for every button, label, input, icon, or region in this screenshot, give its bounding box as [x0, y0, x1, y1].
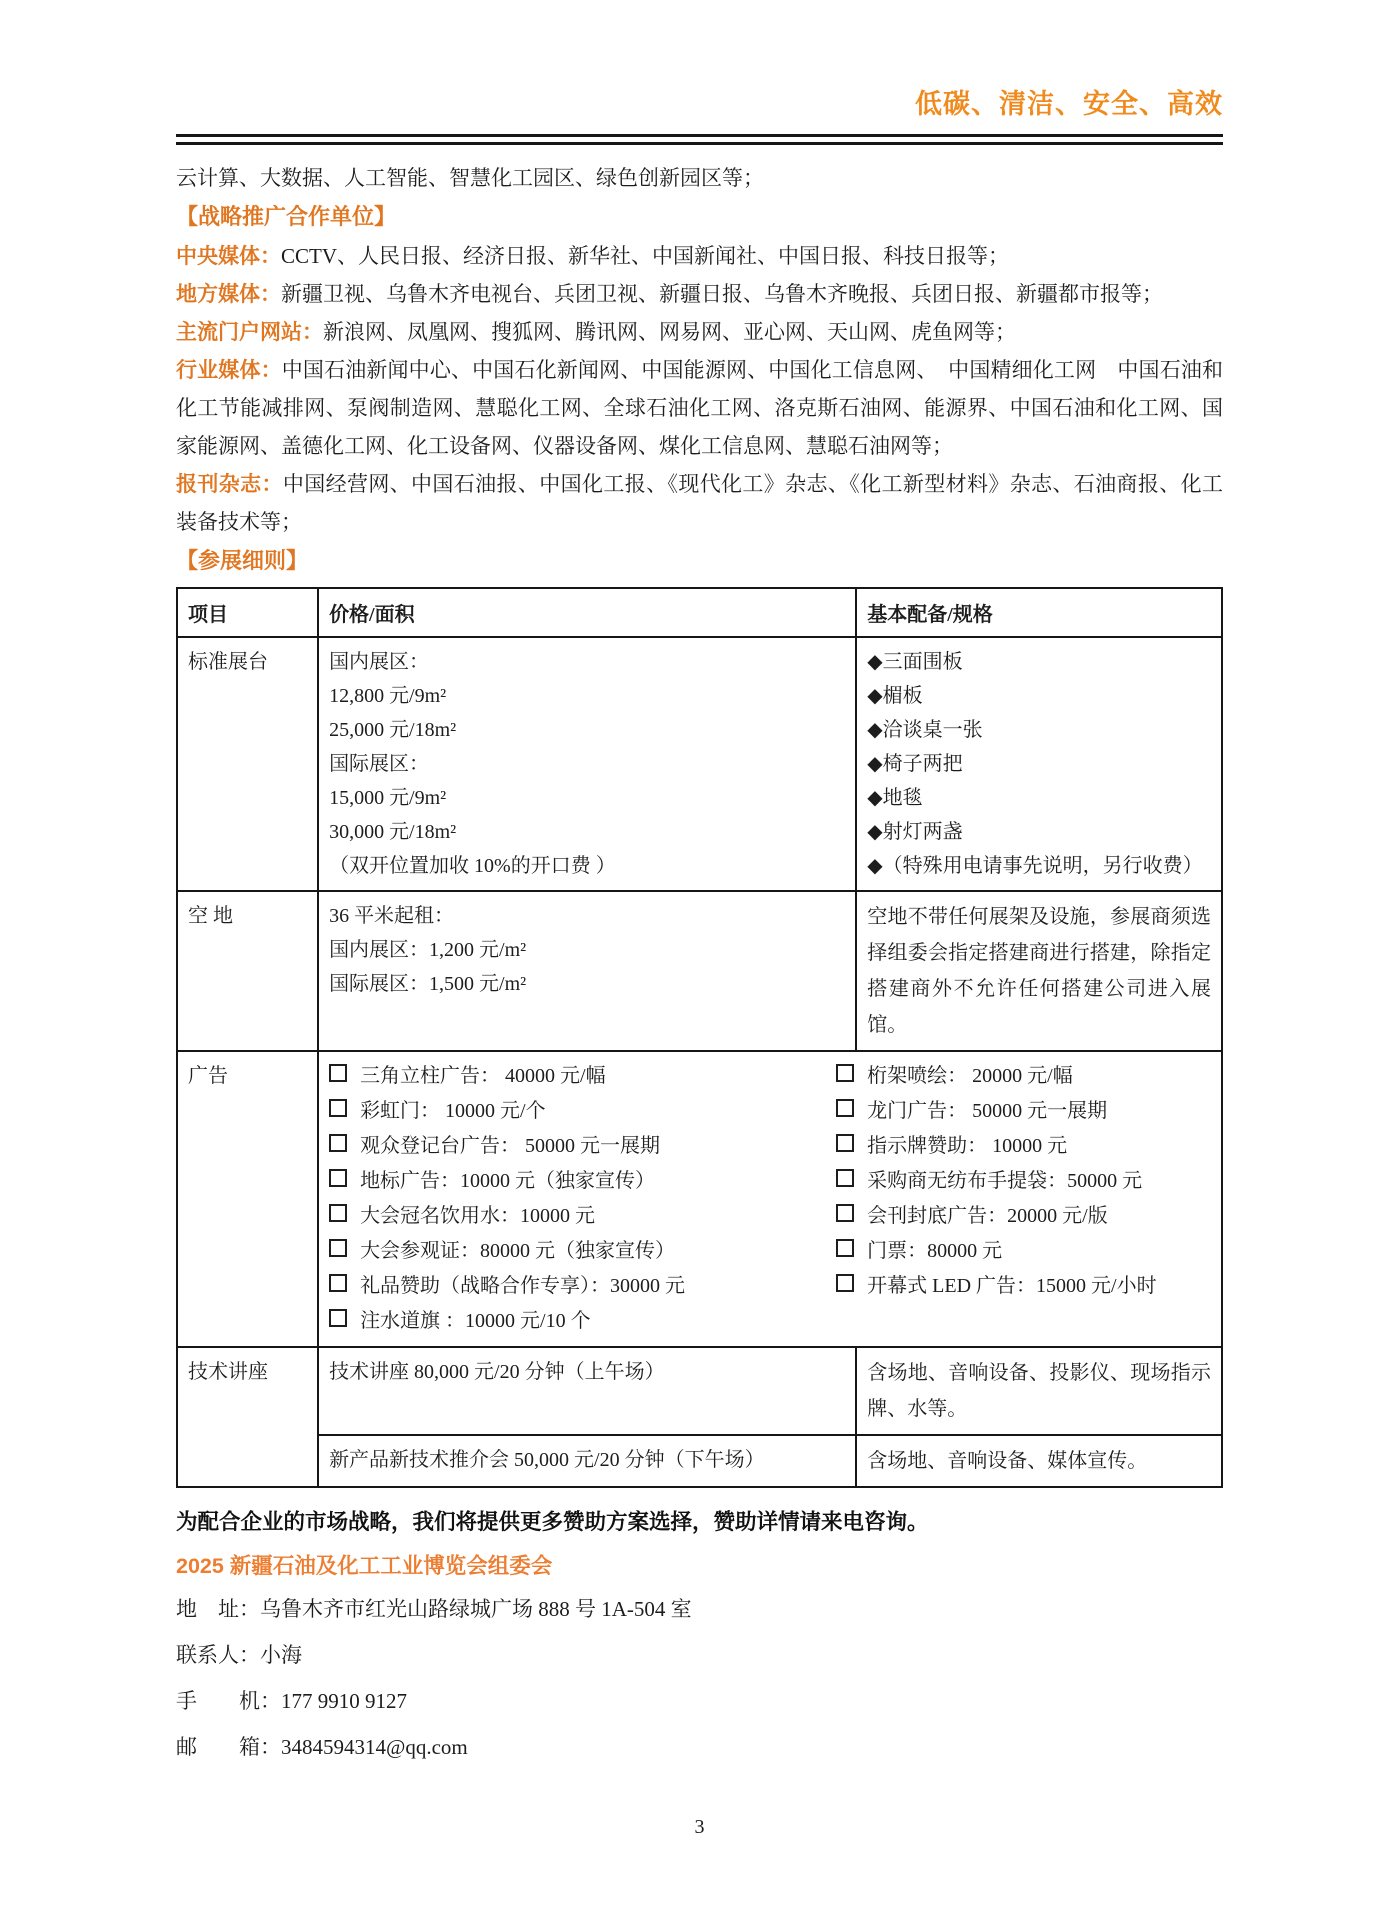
contact-value: 小海	[260, 1643, 302, 1667]
space-price-cell: 36 平米起租：国内展区：1,200 元/m²国际展区：1,500 元/m²	[318, 891, 856, 1051]
booth-price-cell: 国内展区：12,800 元/9m²25,000 元/18m²国际展区：15,00…	[318, 637, 856, 891]
price-line: 30,000 元/18m²	[329, 815, 845, 849]
contact-address: 地 址：乌鲁木齐市红光山路绿城广场 888 号 1A-504 室	[176, 1586, 1223, 1632]
sponsor-note: 为配合企业的市场战略，我们将提供更多赞助方案选择，赞助详情请来电咨询。	[176, 1502, 1223, 1542]
space-spec-cell: 空地不带任何展架及设施，参展商须选择组委会指定搭建商进行搭建，除指定搭建商外不允…	[856, 891, 1222, 1051]
contact-email: 邮 箱：3484594314@qq.com	[176, 1724, 1223, 1770]
contact-label: 手 机：	[176, 1689, 281, 1713]
checkbox-icon	[329, 1239, 347, 1257]
ad-option: 开幕式 LED 广告：15000 元/小时	[836, 1269, 1211, 1304]
contact-mobile: 手 机：177 9910 9127	[176, 1678, 1223, 1724]
ad-option: 观众登记台广告： 50000 元一展期	[329, 1129, 836, 1164]
ad-option: 三角立柱广告： 40000 元/幅	[329, 1059, 836, 1094]
ads-two-column-list: 三角立柱广告： 40000 元/幅彩虹门： 10000 元/个观众登记台广告： …	[329, 1059, 1211, 1339]
ad-option-text: 彩虹门： 10000 元/个	[360, 1100, 546, 1122]
checkbox-icon	[329, 1099, 347, 1117]
contact-value: 乌鲁木齐市红光山路绿城广场 888 号 1A-504 室	[260, 1597, 692, 1621]
media-text: 中国经营网、中国石油报、中国化工报、《现代化工》杂志、《化工新型材料》杂志、石油…	[176, 472, 1223, 534]
section-title-exhibit-rules: 【参展细则】	[176, 541, 1223, 581]
ad-option-text: 指示牌赞助： 10000 元	[867, 1135, 1067, 1157]
spec-line: ◆地毯	[867, 781, 1211, 815]
body-text-block: 云计算、大数据、人工智能、智慧化工园区、绿色创新园区等； 【战略推广合作单位】 …	[176, 159, 1223, 581]
ad-option-text: 门票：80000 元	[867, 1240, 1002, 1262]
media-text: 新疆卫视、乌鲁木齐电视台、兵团卫视、新疆日报、乌鲁木齐晚报、兵团日报、新疆都市报…	[281, 282, 1163, 306]
page-number: 3	[176, 1816, 1223, 1839]
checkbox-icon	[329, 1204, 347, 1222]
media-line-central: 中央媒体：CCTV、人民日报、经济日报、新华社、中国新闻社、中国日报、科技日报等…	[176, 237, 1223, 275]
spec-line: ◆三面围板	[867, 645, 1211, 679]
contact-value: 3484594314@qq.com	[281, 1735, 468, 1759]
ad-option-text: 地标广告：10000 元（独家宣传）	[360, 1170, 655, 1192]
spec-text: 含场地、音响设备、投影仪、现场指示牌、水等。	[867, 1355, 1211, 1427]
ad-option-text: 观众登记台广告： 50000 元一展期	[360, 1135, 660, 1157]
price-line: 12,800 元/9m²	[329, 679, 845, 713]
table-row-lecture-morning: 技术讲座 技术讲座 80,000 元/20 分钟（上午场） 含场地、音响设备、投…	[177, 1347, 1222, 1435]
ad-option: 会刊封底广告：20000 元/版	[836, 1199, 1211, 1234]
checkbox-icon	[329, 1169, 347, 1187]
contact-label: 邮 箱：	[176, 1735, 281, 1759]
lecture-morning-spec: 含场地、音响设备、投影仪、现场指示牌、水等。	[856, 1347, 1222, 1435]
lecture-afternoon-spec: 含场地、音响设备、媒体宣传。	[856, 1435, 1222, 1487]
document-page: 低碳、清洁、安全、高效 云计算、大数据、人工智能、智慧化工园区、绿色创新园区等；…	[0, 0, 1386, 1920]
contact-label: 联系人：	[176, 1643, 260, 1667]
lecture-morning-price: 技术讲座 80,000 元/20 分钟（上午场）	[318, 1347, 856, 1435]
checkbox-icon	[836, 1064, 854, 1082]
media-line-portals: 主流门户网站：新浪网、凤凰网、搜狐网、腾讯网、网易网、亚心网、天山网、虎鱼网等；	[176, 313, 1223, 351]
ad-option-text: 大会参观证：80000 元（独家宣传）	[360, 1240, 675, 1262]
checkbox-icon	[836, 1099, 854, 1117]
ad-option: 龙门广告： 50000 元一展期	[836, 1094, 1211, 1129]
ads-cell: 三角立柱广告： 40000 元/幅彩虹门： 10000 元/个观众登记台广告： …	[318, 1051, 1222, 1347]
ad-option: 地标广告：10000 元（独家宣传）	[329, 1164, 836, 1199]
price-line: 国内展区：	[329, 645, 845, 679]
spec-line: ◆射灯两盏	[867, 815, 1211, 849]
spec-line: ◆洽谈桌一张	[867, 713, 1211, 747]
organizing-committee: 2025 新疆石油及化工工业博览会组委会	[176, 1546, 1223, 1586]
media-label: 报刊杂志：	[176, 472, 283, 496]
checkbox-icon	[329, 1274, 347, 1292]
ad-option: 指示牌赞助： 10000 元	[836, 1129, 1211, 1164]
price-line: （双开位置加收 10%的开口费 ）	[329, 849, 845, 883]
ad-option: 采购商无纺布手提袋：50000 元	[836, 1164, 1211, 1199]
ad-option: 大会参观证：80000 元（独家宣传）	[329, 1234, 836, 1269]
ad-option: 彩虹门： 10000 元/个	[329, 1094, 836, 1129]
ad-option-text: 礼品赞助（战略合作专享）：30000 元	[360, 1275, 685, 1297]
space-spec-text: 空地不带任何展架及设施，参展商须选择组委会指定搭建商进行搭建，除指定搭建商外不允…	[867, 899, 1211, 1043]
contact-person: 联系人：小海	[176, 1632, 1223, 1678]
table-row-ads: 广告 三角立柱广告： 40000 元/幅彩虹门： 10000 元/个观众登记台广…	[177, 1051, 1222, 1347]
ad-option-text: 开幕式 LED 广告：15000 元/小时	[867, 1275, 1156, 1297]
contact-value: 177 9910 9127	[281, 1689, 407, 1713]
page-header-slogan: 低碳、清洁、安全、高效	[176, 88, 1223, 120]
price-line: 技术讲座 80,000 元/20 分钟（上午场）	[329, 1355, 845, 1389]
price-line: 36 平米起租：	[329, 899, 845, 933]
ad-option: 桁架喷绘： 20000 元/幅	[836, 1059, 1211, 1094]
ad-option-text: 龙门广告： 50000 元一展期	[867, 1100, 1107, 1122]
ad-option-text: 注水道旗 ：10000 元/10 个	[360, 1310, 591, 1332]
ad-option: 门票：80000 元	[836, 1234, 1211, 1269]
lecture-afternoon-price: 新产品新技术推介会 50,000 元/20 分钟（下午场）	[318, 1435, 856, 1487]
media-line-local: 地方媒体：新疆卫视、乌鲁木齐电视台、兵团卫视、新疆日报、乌鲁木齐晚报、兵团日报、…	[176, 275, 1223, 313]
row-item-label: 标准展台	[177, 637, 318, 891]
price-line: 15,000 元/9m²	[329, 781, 845, 815]
media-text: CCTV、人民日报、经济日报、新华社、中国新闻社、中国日报、科技日报等；	[281, 244, 1009, 268]
checkbox-icon	[836, 1274, 854, 1292]
price-line: 25,000 元/18m²	[329, 713, 845, 747]
price-line: 国际展区：	[329, 747, 845, 781]
spec-text: 含场地、音响设备、媒体宣传。	[867, 1443, 1211, 1479]
col-header-price: 价格/面积	[318, 588, 856, 637]
checkbox-icon	[836, 1134, 854, 1152]
checkbox-icon	[329, 1134, 347, 1152]
ad-option: 礼品赞助（战略合作专享）：30000 元	[329, 1269, 836, 1304]
col-header-item: 项目	[177, 588, 318, 637]
intro-line: 云计算、大数据、人工智能、智慧化工园区、绿色创新园区等；	[176, 159, 1223, 197]
checkbox-icon	[329, 1064, 347, 1082]
spec-line: ◆（特殊用电请事先说明，另行收费）	[867, 849, 1211, 883]
spec-line: ◆楣板	[867, 679, 1211, 713]
row-item-label: 广告	[177, 1051, 318, 1347]
media-label: 地方媒体：	[176, 282, 281, 306]
ad-option: 注水道旗 ：10000 元/10 个	[329, 1304, 836, 1339]
table-row-lecture-afternoon: 新产品新技术推介会 50,000 元/20 分钟（下午场） 含场地、音响设备、媒…	[177, 1435, 1222, 1487]
section-title-strategic-partners: 【战略推广合作单位】	[176, 197, 1223, 237]
media-line-industry: 行业媒体：中国石油新闻中心、中国石化新闻网、中国能源网、中国化工信息网、 中国精…	[176, 351, 1223, 465]
media-text: 中国石油新闻中心、中国石化新闻网、中国能源网、中国化工信息网、 中国精细化工网 …	[176, 358, 1223, 458]
row-item-label: 空 地	[177, 891, 318, 1051]
ad-option-text: 桁架喷绘： 20000 元/幅	[867, 1065, 1073, 1087]
row-item-label: 技术讲座	[177, 1347, 318, 1487]
booth-spec-cell: ◆三面围板◆楣板◆洽谈桌一张◆椅子两把◆地毯◆射灯两盏◆（特殊用电请事先说明，另…	[856, 637, 1222, 891]
media-label: 中央媒体：	[176, 244, 281, 268]
media-label: 行业媒体：	[176, 358, 282, 382]
checkbox-icon	[836, 1204, 854, 1222]
price-line: 新产品新技术推介会 50,000 元/20 分钟（下午场）	[329, 1443, 845, 1477]
col-header-spec: 基本配备/规格	[856, 588, 1222, 637]
ad-option-text: 三角立柱广告： 40000 元/幅	[360, 1065, 606, 1087]
spec-line: ◆椅子两把	[867, 747, 1211, 781]
table-row-standard-booth: 标准展台 国内展区：12,800 元/9m²25,000 元/18m²国际展区：…	[177, 637, 1222, 891]
ad-option-text: 采购商无纺布手提袋：50000 元	[867, 1170, 1142, 1192]
checkbox-icon	[329, 1309, 347, 1327]
ad-option-text: 大会冠名饮用水：10000 元	[360, 1205, 595, 1227]
media-label: 主流门户网站：	[176, 320, 323, 344]
media-text: 新浪网、凤凰网、搜狐网、腾讯网、网易网、亚心网、天山网、虎鱼网等；	[323, 320, 1016, 344]
contact-label: 地 址：	[176, 1597, 260, 1621]
ad-option-text: 会刊封底广告：20000 元/版	[867, 1205, 1108, 1227]
price-line: 国内展区：1,200 元/m²	[329, 933, 845, 967]
price-line: 国际展区：1,500 元/m²	[329, 967, 845, 1001]
checkbox-icon	[836, 1239, 854, 1257]
exhibit-rules-table: 项目 价格/面积 基本配备/规格 标准展台 国内展区：12,800 元/9m²2…	[176, 587, 1223, 1488]
table-header-row: 项目 价格/面积 基本配备/规格	[177, 588, 1222, 637]
ad-option: 大会冠名饮用水：10000 元	[329, 1199, 836, 1234]
checkbox-icon	[836, 1169, 854, 1187]
media-line-press: 报刊杂志：中国经营网、中国石油报、中国化工报、《现代化工》杂志、《化工新型材料》…	[176, 465, 1223, 541]
table-row-raw-space: 空 地 36 平米起租：国内展区：1,200 元/m²国际展区：1,500 元/…	[177, 891, 1222, 1051]
header-divider	[176, 134, 1223, 145]
